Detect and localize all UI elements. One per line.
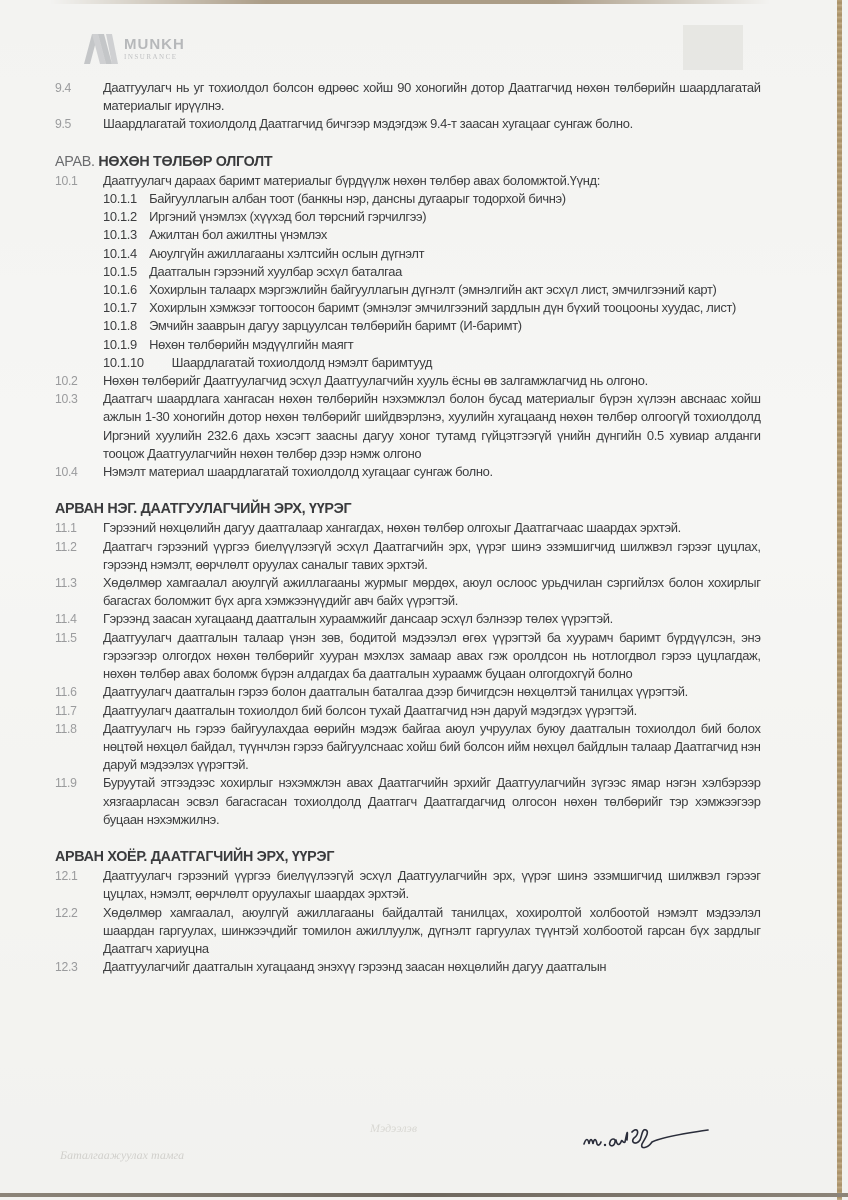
subclause-10-1-7: 10.1.7 Хохирлын хэмжээг тогтоосон баримт… (55, 299, 761, 317)
clause-number: 11.8 (55, 720, 103, 738)
clause-11-6: 11.6 Даатгуулагч даатгалын гэрээ болон д… (55, 683, 761, 701)
section-10-title: НӨХӨН ТӨЛБӨР ОЛГОЛТ (98, 154, 272, 170)
subclause-10-1-5: 10.1.5 Даатгалын гэрээний хуулбар эсхүл … (55, 263, 761, 281)
clause-text: Нэмэлт материал шаардлагатай тохиолдолд … (103, 463, 761, 481)
subclause-10-1-8: 10.1.8 Эмчийн зааврын дагуу зарцуулсан т… (55, 317, 761, 335)
clause-number: 10.1 (55, 172, 103, 190)
subclause-number: 10.1.8 (103, 317, 149, 335)
clause-number: 11.7 (55, 702, 103, 720)
clause-12-2: 12.2 Хөдөлмөр хамгаалал, аюулгүй ажиллаг… (55, 904, 761, 959)
document-page: MUNKH INSURANCE 9.4 Даатгуулагч нь уг то… (0, 0, 848, 1200)
clause-number: 12.3 (55, 958, 103, 976)
clause-11-9: 11.9 Буруутай этгээдээс хохирлыг нэхэмжл… (55, 774, 761, 829)
subclause-number: 10.1.10 (103, 354, 172, 372)
clause-11-3: 11.3 Хөдөлмөр хамгаалал аюулгүй ажиллага… (55, 574, 761, 610)
clause-number: 11.6 (55, 683, 103, 701)
clause-text: Даатгуулагч даатгалын тохиолдол бий болс… (103, 702, 761, 720)
subclause-text: Эмчийн зааврын дагуу зарцуулсан төлбөрий… (149, 317, 761, 335)
clause-text: Даатгуулагч нь гэрээ байгуулахдаа өөрийн… (103, 720, 761, 775)
clause-11-5: 11.5 Даатгуулагч даатгалын талаар үнэн з… (55, 629, 761, 684)
scan-right-edge (837, 0, 842, 1200)
clause-number: 11.5 (55, 629, 103, 647)
clause-number: 11.4 (55, 610, 103, 628)
header-stamp-mark (683, 25, 743, 70)
section-10-heading: АРАВ. НӨХӨН ТӨЛБӨР ОЛГОЛТ (55, 153, 761, 171)
footer-stamp-label: Баталгаажуулах тамга (60, 1148, 184, 1163)
clause-text: Хөдөлмөр хамгаалал аюулгүй ажиллагааны ж… (103, 574, 761, 610)
clause-number: 11.1 (55, 519, 103, 537)
subclause-text: Иргэний үнэмлэх (хүүхэд бол төрсний гэрч… (149, 208, 761, 226)
subclause-text: Хохирлын хэмжээг тогтоосон баримт (эмнэл… (149, 299, 761, 317)
clause-text: Шаардлагатай тохиолдолд Даатгагчид бичгэ… (103, 115, 761, 133)
clause-text: Даатгуулагч нь уг тохиолдол болсон өдрөө… (103, 79, 761, 115)
section-11-heading: АРВАН НЭГ. ДААТГУУЛАГЧИЙН ЭРХ, ҮҮРЭГ (55, 500, 761, 518)
company-logo: MUNKH INSURANCE (84, 34, 185, 64)
subclause-number: 10.1.1 (103, 190, 149, 208)
subclause-number: 10.1.4 (103, 245, 149, 263)
handwritten-signature: Ш.Олзз (580, 1118, 730, 1158)
clause-text: Буруутай этгээдээс хохирлыг нэхэмжлэн ав… (103, 774, 761, 829)
subclause-10-1-2: 10.1.2 Иргэний үнэмлэх (хүүхэд бол төрсн… (55, 208, 761, 226)
clause-text: Даатгуулагч даатгалын талаар үнэн зөв, б… (103, 629, 761, 684)
subclause-number: 10.1.2 (103, 208, 149, 226)
subclause-text: Байгууллагын албан тоот (банкны нэр, дан… (149, 190, 761, 208)
clause-11-2: 11.2 Даатгагч гэрээний үүргээ биелүүлээг… (55, 538, 761, 574)
clause-12-1: 12.1 Даатгуулагч гэрээний үүргээ биелүүл… (55, 867, 761, 903)
clause-10-4: 10.4 Нэмэлт материал шаардлагатай тохиол… (55, 463, 761, 481)
clause-12-3: 12.3 Даатгуулагчийг даатгалын хугацаанд … (55, 958, 761, 976)
subclause-text: Ажилтан бол ажилтны үнэмлэх (149, 226, 761, 244)
logo-subtitle: INSURANCE (124, 54, 185, 61)
clause-9-5: 9.5 Шаардлагатай тохиолдолд Даатгагчид б… (55, 115, 761, 133)
subclause-number: 10.1.6 (103, 281, 149, 299)
clause-10-1: 10.1 Даатгуулагч дараах баримт материалы… (55, 172, 761, 190)
clause-number: 11.9 (55, 774, 103, 792)
subclause-10-1-10: 10.1.10 Шаардлагатай тохиолдолд нэмэлт б… (55, 354, 761, 372)
clause-11-4: 11.4 Гэрээнд заасан хугацаанд даатгалын … (55, 610, 761, 628)
clause-11-7: 11.7 Даатгуулагч даатгалын тохиолдол бий… (55, 702, 761, 720)
subclause-10-1-9: 10.1.9 Нөхөн төлбөрийн мэдүүлгийн маягт (55, 336, 761, 354)
subclause-number: 10.1.3 (103, 226, 149, 244)
clause-11-1: 11.1 Гэрээний нөхцөлийн дагуу даатгалаар… (55, 519, 761, 537)
clause-10-3: 10.3 Даатгагч шаардлага хангасан нөхөн т… (55, 390, 761, 463)
clause-text: Нөхөн төлбөрийг Даатгуулагчид эсхүл Даат… (103, 372, 761, 390)
scan-bottom-edge (0, 1193, 848, 1197)
logo-name: MUNKH (124, 37, 185, 52)
clause-text: Даатгагч гэрээний үүргээ биелүүлээгүй эс… (103, 538, 761, 574)
subclause-text: Нөхөн төлбөрийн мэдүүлгийн маягт (149, 336, 761, 354)
clause-9-4: 9.4 Даатгуулагч нь уг тохиолдол болсон ө… (55, 79, 761, 115)
clause-text: Даатгуулагч гэрээний үүргээ биелүүлээгүй… (103, 867, 761, 903)
clause-number: 11.3 (55, 574, 103, 592)
clause-number: 12.2 (55, 904, 103, 922)
scan-top-edge (50, 0, 770, 4)
subclause-10-1-3: 10.1.3 Ажилтан бол ажилтны үнэмлэх (55, 226, 761, 244)
subclause-number: 10.1.9 (103, 336, 149, 354)
clause-text: Гэрээнд заасан хугацаанд даатгалын хураа… (103, 610, 761, 628)
subclause-text: Даатгалын гэрээний хуулбар эсхүл баталга… (149, 263, 761, 281)
clause-number: 10.2 (55, 372, 103, 390)
section-10-number: АРАВ. (55, 154, 95, 170)
clause-text: Гэрээний нөхцөлийн дагуу даатгалаар ханг… (103, 519, 761, 537)
clause-text: Хөдөлмөр хамгаалал, аюулгүй ажиллагааны … (103, 904, 761, 959)
subclause-text: Шаардлагатай тохиолдолд нэмэлт баримтууд (172, 354, 761, 372)
clause-number: 11.2 (55, 538, 103, 556)
subclause-text: Хохирлын талаарх мэргэжлийн байгууллагын… (149, 281, 761, 299)
clause-number: 9.5 (55, 115, 103, 133)
footer-ghost-label: Мэдээлэв (370, 1121, 417, 1136)
subclause-text: Аюулгүйн ажиллагааны хэлтсийн ослын дүгн… (149, 245, 761, 263)
subclause-10-1-4: 10.1.4 Аюулгүйн ажиллагааны хэлтсийн осл… (55, 245, 761, 263)
clause-text: Даатгуулагч даатгалын гэрээ болон даатга… (103, 683, 761, 701)
clause-number: 9.4 (55, 79, 103, 97)
munkh-logo-icon (84, 34, 118, 64)
clause-text: Даатгуулагч дараах баримт материалыг бүр… (103, 172, 761, 190)
clause-11-8: 11.8 Даатгуулагч нь гэрээ байгуулахдаа ө… (55, 720, 761, 775)
clause-number: 10.4 (55, 463, 103, 481)
clause-number: 12.1 (55, 867, 103, 885)
document-body: 9.4 Даатгуулагч нь уг тохиолдол болсон ө… (55, 79, 761, 976)
clause-number: 10.3 (55, 390, 103, 408)
clause-10-2: 10.2 Нөхөн төлбөрийг Даатгуулагчид эсхүл… (55, 372, 761, 390)
subclause-10-1-1: 10.1.1 Байгууллагын албан тоот (банкны н… (55, 190, 761, 208)
subclause-number: 10.1.5 (103, 263, 149, 281)
subclause-number: 10.1.7 (103, 299, 149, 317)
clause-text: Даатгагч шаардлага хангасан нөхөн төлбөр… (103, 390, 761, 463)
section-12-heading: АРВАН ХОЁР. ДААТГАГЧИЙН ЭРХ, ҮҮРЭГ (55, 848, 761, 866)
clause-text: Даатгуулагчийг даатгалын хугацаанд энэхү… (103, 958, 761, 976)
subclause-10-1-6: 10.1.6 Хохирлын талаарх мэргэжлийн байгу… (55, 281, 761, 299)
